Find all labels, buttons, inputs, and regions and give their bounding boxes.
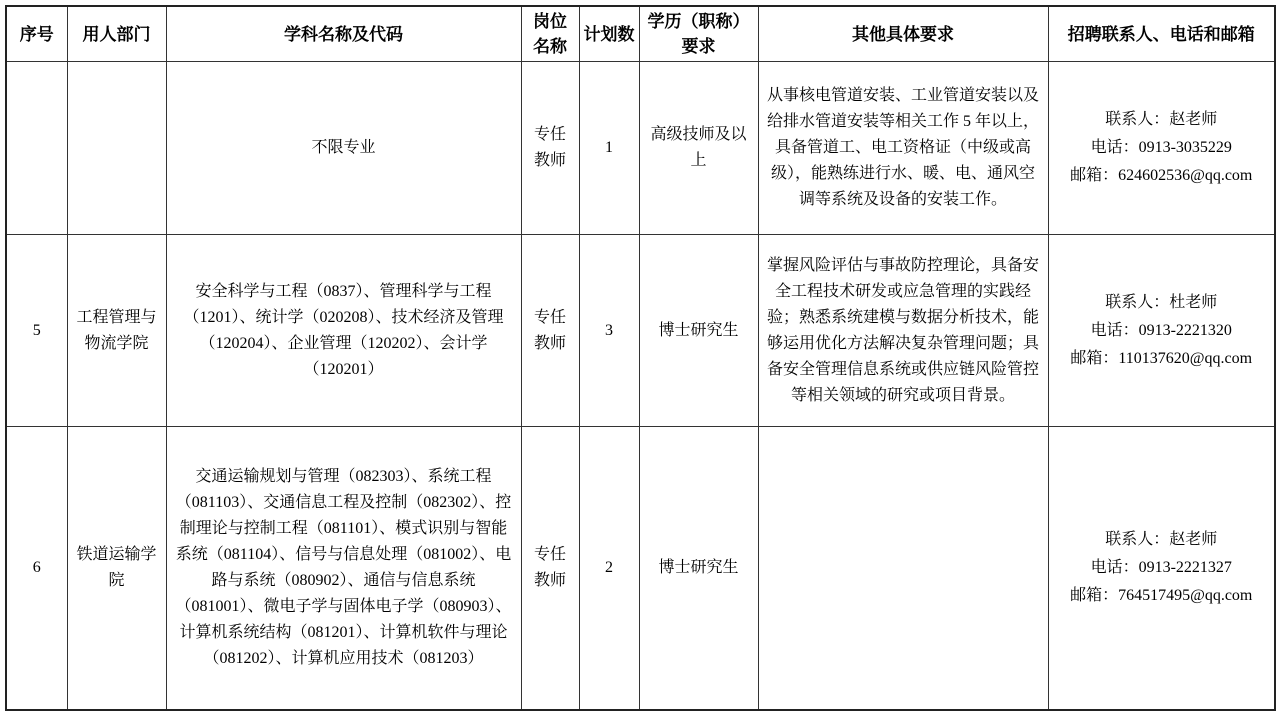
cell-department: 铁道运输学院 <box>67 427 166 710</box>
header-department: 用人部门 <box>67 6 166 62</box>
cell-position: 专任教师 <box>521 235 579 427</box>
cell-subjects: 不限专业 <box>166 62 521 235</box>
cell-contact: 联系人：杜老师 电话：0913-2221320 邮箱：110137620@qq.… <box>1048 235 1275 427</box>
contact-phone: 电话：0913-2221327 <box>1055 554 1269 582</box>
cell-requirements <box>758 427 1048 710</box>
cell-requirements: 掌握风险评估与事故防控理论，具备安全工程技术研发或应急管理的实践经验；熟悉系统建… <box>758 235 1048 427</box>
contact-person: 联系人：赵老师 <box>1055 106 1269 134</box>
cell-contact: 联系人：赵老师 电话：0913-3035229 邮箱：624602536@qq.… <box>1048 62 1275 235</box>
header-seq: 序号 <box>6 6 67 62</box>
cell-seq: 5 <box>6 235 67 427</box>
header-subjects: 学科名称及代码 <box>166 6 521 62</box>
contact-email: 邮箱：764517495@qq.com <box>1055 582 1269 610</box>
header-contact: 招聘联系人、电话和邮箱 <box>1048 6 1275 62</box>
cell-position: 专任教师 <box>521 427 579 710</box>
header-requirements: 其他具体要求 <box>758 6 1048 62</box>
cell-seq <box>6 62 67 235</box>
recruitment-page: 序号 用人部门 学科名称及代码 岗位名称 计划数 学历（职称）要求 其他具体要求… <box>0 0 1280 714</box>
contact-email: 邮箱：624602536@qq.com <box>1055 162 1269 190</box>
contact-phone: 电话：0913-2221320 <box>1055 317 1269 345</box>
table-row: 6 铁道运输学院 交通运输规划与管理（082303）、系统工程（081103）、… <box>6 427 1275 710</box>
cell-plan-count: 2 <box>579 427 639 710</box>
cell-plan-count: 3 <box>579 235 639 427</box>
header-education: 学历（职称）要求 <box>639 6 758 62</box>
cell-seq: 6 <box>6 427 67 710</box>
cell-education: 博士研究生 <box>639 235 758 427</box>
table-row: 不限专业 专任教师 1 高级技师及以上 从事核电管道安装、工业管道安装以及给排水… <box>6 62 1275 235</box>
recruitment-table: 序号 用人部门 学科名称及代码 岗位名称 计划数 学历（职称）要求 其他具体要求… <box>5 5 1276 711</box>
contact-person: 联系人：杜老师 <box>1055 289 1269 317</box>
cell-contact: 联系人：赵老师 电话：0913-2221327 邮箱：764517495@qq.… <box>1048 427 1275 710</box>
cell-plan-count: 1 <box>579 62 639 235</box>
cell-department <box>67 62 166 235</box>
contact-email: 邮箱：110137620@qq.com <box>1055 345 1269 373</box>
cell-position: 专任教师 <box>521 62 579 235</box>
cell-requirements: 从事核电管道安装、工业管道安装以及给排水管道安装等相关工作 5 年以上，具备管道… <box>758 62 1048 235</box>
table-row: 5 工程管理与物流学院 安全科学与工程（0837）、管理科学与工程（1201）、… <box>6 235 1275 427</box>
header-plan-count: 计划数 <box>579 6 639 62</box>
contact-phone: 电话：0913-3035229 <box>1055 134 1269 162</box>
cell-education: 高级技师及以上 <box>639 62 758 235</box>
cell-education: 博士研究生 <box>639 427 758 710</box>
cell-subjects: 安全科学与工程（0837）、管理科学与工程（1201）、统计学（020208）、… <box>166 235 521 427</box>
contact-person: 联系人：赵老师 <box>1055 526 1269 554</box>
table-header-row: 序号 用人部门 学科名称及代码 岗位名称 计划数 学历（职称）要求 其他具体要求… <box>6 6 1275 62</box>
cell-department: 工程管理与物流学院 <box>67 235 166 427</box>
cell-subjects: 交通运输规划与管理（082303）、系统工程（081103）、交通信息工程及控制… <box>166 427 521 710</box>
header-position: 岗位名称 <box>521 6 579 62</box>
